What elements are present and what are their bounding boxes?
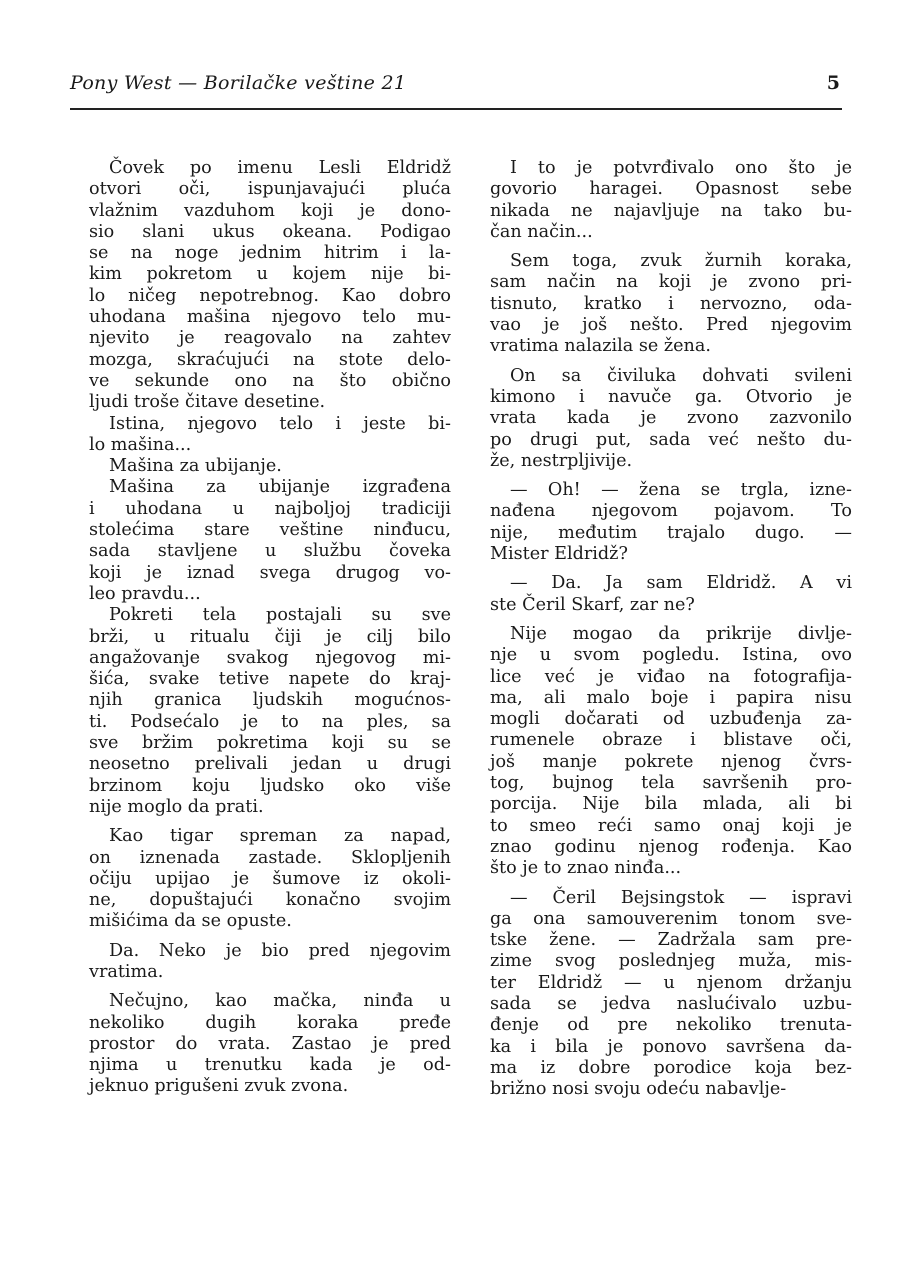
text-line: ma, ali malo boje i papira nisu bbox=[490, 688, 852, 709]
paragraph: Mašina za ubijanje. bbox=[89, 456, 451, 477]
text-line: Pokreti tela postajali su sve bbox=[89, 605, 451, 626]
text-line: đenje od pre nekoliko trenuta- bbox=[490, 1015, 852, 1036]
text-line: kimono i navuče ga. Otvorio je bbox=[490, 387, 852, 408]
paragraph-gap bbox=[89, 933, 451, 941]
text-line: brži, u ritualu čiji je cilj bilo bbox=[89, 627, 451, 648]
paragraph: — Čeril Bejsingstok — ispraviga ona samo… bbox=[490, 888, 852, 1101]
text-line: neosetno prelivali jedan u drugi bbox=[89, 754, 451, 775]
text-line: lice već je viđao na fotografija- bbox=[490, 667, 852, 688]
text-line: ka i bila je ponovo savršena da- bbox=[490, 1037, 852, 1058]
paragraph: I to je potvrđivalo ono što jegovorio ha… bbox=[490, 158, 852, 243]
text-line: jeknuo prigušeni zvuk zvona. bbox=[89, 1076, 451, 1097]
text-line: ve sekunde ono na što obično bbox=[89, 371, 451, 392]
text-line: sada se jedva naslućivalo uzbu- bbox=[490, 994, 852, 1015]
text-line: vrata kada je zvono zazvonilo bbox=[490, 408, 852, 429]
text-line: vlažnim vazduhom koji je dono- bbox=[89, 201, 451, 222]
text-line: brzinom koju ljudsko oko više bbox=[89, 776, 451, 797]
text-line: još manje pokrete njenog čvrs- bbox=[490, 752, 852, 773]
text-line: nađena njegovom pojavom. To bbox=[490, 501, 852, 522]
text-line: koji je iznad svega drugog vo- bbox=[89, 563, 451, 584]
text-line: sve bržim pokretima koji su se bbox=[89, 733, 451, 754]
text-line: ga ona samouverenim tonom sve- bbox=[490, 909, 852, 930]
text-line: — Čeril Bejsingstok — ispravi bbox=[490, 888, 852, 909]
paragraph: — Oh! — žena se trgla, izne-nađena njego… bbox=[490, 480, 852, 565]
running-header: Pony West — Borilačke veštine 21 5 bbox=[70, 72, 840, 102]
text-line: stolećima stare veštine ninđucu, bbox=[89, 520, 451, 541]
paragraph-gap bbox=[490, 565, 852, 573]
paragraph: Nečujno, kao mačka, ninđa unekoliko dugi… bbox=[89, 991, 451, 1097]
text-line: mogli dočarati od uzbuđenja za- bbox=[490, 709, 852, 730]
text-line: njima u trenutku kada je od- bbox=[89, 1055, 451, 1076]
text-line: otvori oči, ispunjavajući pluća bbox=[89, 179, 451, 200]
text-line: ne, dopuštajući konačno svojim bbox=[89, 890, 451, 911]
right-column: I to je potvrđivalo ono što jegovorio ha… bbox=[490, 158, 852, 1100]
text-line: leo pravdu... bbox=[89, 584, 451, 605]
text-line: po drugi put, sada već nešto du- bbox=[490, 430, 852, 451]
paragraph-gap bbox=[490, 243, 852, 251]
text-line: se na noge jednim hitrim i la- bbox=[89, 243, 451, 264]
text-line: — Da. Ja sam Eldridž. A vi bbox=[490, 573, 852, 594]
text-line: ter Eldridž — u njenom držanju bbox=[490, 973, 852, 994]
text-line: mišićima da se opuste. bbox=[89, 911, 451, 932]
text-line: brižno nosi svoju odeću nabavlje- bbox=[490, 1079, 852, 1100]
paragraph: Da. Neko je bio pred njegovimvratima. bbox=[89, 941, 451, 984]
text-line: On sa čiviluka dohvati svileni bbox=[490, 366, 852, 387]
text-line: Nečujno, kao mačka, ninđa u bbox=[89, 991, 451, 1012]
text-line: Mašina za ubijanje. bbox=[89, 456, 451, 477]
text-line: Mister Eldridž? bbox=[490, 544, 852, 565]
text-line: njevito je reagovalo na zahtev bbox=[89, 328, 451, 349]
text-line: mozga, skraćujući na stote delo- bbox=[89, 350, 451, 371]
left-column: Čovek po imenu Lesli Eldridžotvori oči, … bbox=[89, 158, 451, 1098]
text-line: kim pokretom u kojem nije bi- bbox=[89, 264, 451, 285]
text-line: Mašina za ubijanje izgrađena bbox=[89, 477, 451, 498]
text-line: tisnuto, kratko i nervozno, oda- bbox=[490, 294, 852, 315]
text-line: vratima nalazila se žena. bbox=[490, 336, 852, 357]
text-line: Nije mogao da prikrije divlje- bbox=[490, 624, 852, 645]
text-line: nije moglo da prati. bbox=[89, 797, 451, 818]
paragraph-gap bbox=[490, 472, 852, 480]
text-line: nekoliko dugih koraka pređe bbox=[89, 1013, 451, 1034]
text-line: lo mašina... bbox=[89, 435, 451, 456]
text-line: nije, međutim trajalo dugo. — bbox=[490, 523, 852, 544]
text-line: uhodana mašina njegovo telo mu- bbox=[89, 307, 451, 328]
text-line: znao godinu njenog rođenja. Kao bbox=[490, 837, 852, 858]
text-line: tog, bujnog tela savršenih pro- bbox=[490, 773, 852, 794]
text-line: ste Čeril Skarf, zar ne? bbox=[490, 595, 852, 616]
text-line: tske žene. — Zadržala sam pre- bbox=[490, 930, 852, 951]
text-line: lo ničeg nepotrebnog. Kao dobro bbox=[89, 286, 451, 307]
text-line: što je to znao ninđa... bbox=[490, 858, 852, 879]
text-line: sio slani ukus okeana. Podigao bbox=[89, 222, 451, 243]
text-line: i uhodana u najboljoj tradiciji bbox=[89, 499, 451, 520]
text-line: ljudi troše čitave desetine. bbox=[89, 392, 451, 413]
header-rule bbox=[70, 108, 842, 110]
paragraph: — Da. Ja sam Eldridž. A viste Čeril Skar… bbox=[490, 573, 852, 616]
text-line: že, nestrpljivije. bbox=[490, 451, 852, 472]
paragraph: Sem toga, zvuk žurnih koraka,sam način n… bbox=[490, 251, 852, 357]
paragraph: Čovek po imenu Lesli Eldridžotvori oči, … bbox=[89, 158, 451, 414]
paragraph: Istina, njegovo telo i jeste bi-lo mašin… bbox=[89, 414, 451, 457]
paragraph-gap bbox=[490, 880, 852, 888]
text-line: porcija. Nije bila mlada, ali bi bbox=[490, 794, 852, 815]
text-line: Čovek po imenu Lesli Eldridž bbox=[89, 158, 451, 179]
text-line: zime svog poslednjeg muža, mis- bbox=[490, 951, 852, 972]
text-line: — Oh! — žena se trgla, izne- bbox=[490, 480, 852, 501]
paragraph-gap bbox=[89, 818, 451, 826]
paragraph: Kao tigar spreman za napad,on iznenada z… bbox=[89, 826, 451, 932]
header-title: Pony West — Borilačke veštine 21 bbox=[70, 72, 406, 94]
text-line: to smeo reći samo onaj koji je bbox=[490, 816, 852, 837]
text-line: I to je potvrđivalo ono što je bbox=[490, 158, 852, 179]
paragraph: Pokreti tela postajali su svebrži, u rit… bbox=[89, 605, 451, 818]
text-line: Istina, njegovo telo i jeste bi- bbox=[89, 414, 451, 435]
text-line: nikada ne najavljuje na tako bu- bbox=[490, 201, 852, 222]
text-line: on iznenada zastade. Sklopljenih bbox=[89, 848, 451, 869]
paragraph-gap bbox=[490, 616, 852, 624]
text-line: vratima. bbox=[89, 962, 451, 983]
text-line: prostor do vrata. Zastao je pred bbox=[89, 1034, 451, 1055]
text-line: Sem toga, zvuk žurnih koraka, bbox=[490, 251, 852, 272]
text-line: ti. Podsećalo je to na ples, sa bbox=[89, 712, 451, 733]
text-line: Kao tigar spreman za napad, bbox=[89, 826, 451, 847]
text-line: vao je još nešto. Pred njegovim bbox=[490, 315, 852, 336]
text-line: njih granica ljudskih mogućnos- bbox=[89, 690, 451, 711]
paragraph-gap bbox=[490, 358, 852, 366]
text-line: šića, svake tetive napete do kraj- bbox=[89, 669, 451, 690]
text-line: govorio haragei. Opasnost sebe bbox=[490, 179, 852, 200]
text-line: očiju upijao je šumove iz okoli- bbox=[89, 869, 451, 890]
text-line: sam način na koji je zvono pri- bbox=[490, 272, 852, 293]
text-line: sada stavljene u službu čoveka bbox=[89, 541, 451, 562]
text-line: ma iz dobre porodice koja bez- bbox=[490, 1058, 852, 1079]
page-number: 5 bbox=[827, 72, 840, 94]
text-line: angažovanje svakog njegovog mi- bbox=[89, 648, 451, 669]
text-line: čan način... bbox=[490, 222, 852, 243]
paragraph: Nije mogao da prikrije divlje-nje u svom… bbox=[490, 624, 852, 880]
text-line: Da. Neko je bio pred njegovim bbox=[89, 941, 451, 962]
text-line: rumenele obraze i blistave oči, bbox=[490, 730, 852, 751]
paragraph: On sa čiviluka dohvati svilenikimono i n… bbox=[490, 366, 852, 472]
text-line: nje u svom pogledu. Istina, ovo bbox=[490, 645, 852, 666]
paragraph: Mašina za ubijanje izgrađenai uhodana u … bbox=[89, 477, 451, 605]
